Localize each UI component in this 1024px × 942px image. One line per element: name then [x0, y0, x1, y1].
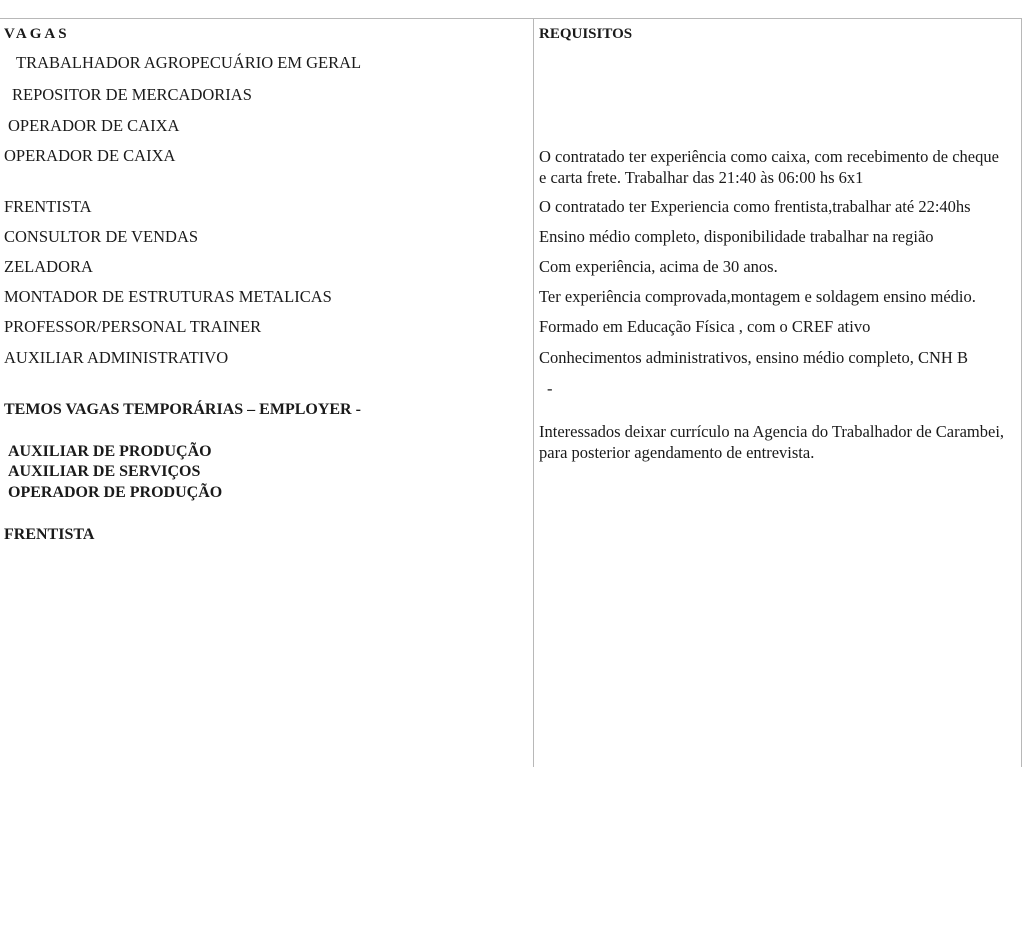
- vaga-cargo: MONTADOR DE ESTRUTURAS METALICAS: [4, 287, 332, 307]
- vaga-cargo: OPERADOR DE CAIXA: [8, 116, 179, 136]
- vaga-cargo: CONSULTOR DE VENDAS: [4, 227, 198, 247]
- table-right-border: [1021, 18, 1022, 767]
- temporaria-frentista: FRENTISTA: [4, 525, 94, 545]
- header-requisitos: REQUISITOS: [539, 24, 632, 44]
- vaga-cargo: REPOSITOR DE MERCADORIAS: [12, 85, 252, 105]
- column-divider: [533, 18, 534, 767]
- nota-interessados: Interessados deixar currículo na Agencia…: [539, 421, 1009, 463]
- vaga-cargo: FRENTISTA: [4, 197, 92, 217]
- temporaria-item: OPERADOR DE PRODUÇÃO: [8, 483, 222, 503]
- temporaria-item: AUXILIAR DE SERVIÇOS: [8, 462, 200, 482]
- vaga-requisito: Conhecimentos administrativos, ensino mé…: [539, 348, 968, 368]
- vaga-requisito: O contratado ter experiência como caixa,…: [539, 146, 1009, 188]
- temporarias-title: TEMOS VAGAS TEMPORÁRIAS – EMPLOYER -: [4, 400, 361, 420]
- vaga-requisito: Ensino médio completo, disponibilidade t…: [539, 227, 934, 247]
- header-vagas: VAGAS: [4, 24, 70, 44]
- vaga-requisito: Formado em Educação Física , com o CREF …: [539, 317, 870, 337]
- vaga-cargo: OPERADOR DE CAIXA: [4, 146, 175, 166]
- vaga-requisito: Com experiência, acima de 30 anos.: [539, 257, 778, 277]
- vaga-cargo: TRABALHADOR AGROPECUÁRIO EM GERAL: [16, 53, 361, 73]
- vaga-cargo: AUXILIAR ADMINISTRATIVO: [4, 348, 228, 368]
- vaga-cargo: PROFESSOR/PERSONAL TRAINER: [4, 317, 261, 337]
- temporaria-item: AUXILIAR DE PRODUÇÃO: [8, 442, 212, 462]
- vaga-requisito: Ter experiência comprovada,montagem e so…: [539, 287, 976, 307]
- vaga-cargo: ZELADORA: [4, 257, 93, 277]
- table-top-border: [0, 18, 1022, 19]
- vaga-requisito: O contratado ter Experiencia como frenti…: [539, 197, 971, 217]
- dash-marker: -: [547, 379, 553, 399]
